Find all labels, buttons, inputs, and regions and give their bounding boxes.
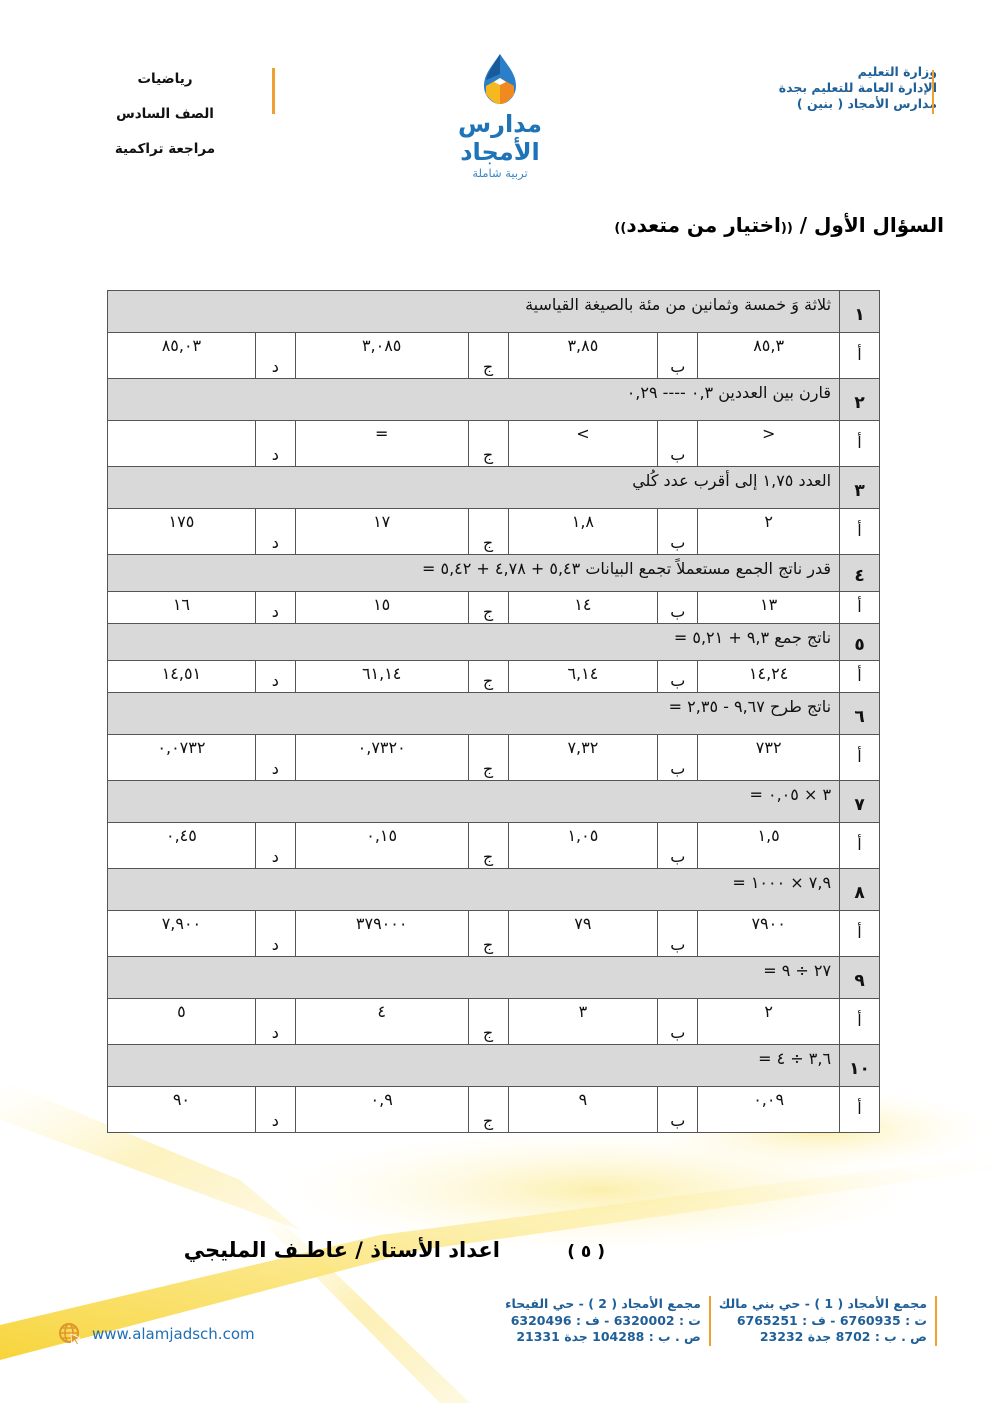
logo-tagline: تربية شاملة — [418, 166, 582, 180]
option-j[interactable]: ٣,٠٨٥ — [295, 333, 468, 379]
option-d[interactable]: ١٧٥ — [108, 509, 256, 555]
option-letter-d: د — [255, 661, 295, 693]
question-text: ٧,٩ × ١٠٠٠ = — [108, 869, 840, 911]
option-d[interactable]: ٨٥,٠٣ — [108, 333, 256, 379]
option-letter-d: د — [255, 333, 295, 379]
option-a[interactable]: ٢ — [698, 999, 840, 1045]
option-letter-a: أ — [840, 735, 880, 781]
branch-address: مجمع الأمجاد ( 1 ) - حي بني مالك — [719, 1296, 927, 1313]
option-b[interactable]: ١,٨ — [508, 509, 658, 555]
option-j[interactable]: ٦١,١٤ — [295, 661, 468, 693]
option-b[interactable]: ٣,٨٥ — [508, 333, 658, 379]
question-text: ٢٧ ÷ ٩ = — [108, 957, 840, 999]
question-row: ٨ ٧,٩ × ١٠٠٠ = — [108, 869, 880, 911]
question-row: ٦ ناتج طرح ٩,٦٧ - ٢,٣٥ = — [108, 693, 880, 735]
option-letter-b: ب — [658, 333, 698, 379]
question-number: ٧ — [840, 781, 880, 823]
question-number: ٥ — [840, 624, 880, 661]
branch-pobox: ص . ب : 8702 جدة 23232 — [719, 1329, 927, 1346]
option-j[interactable]: ٣٧٩٠٠٠ — [295, 911, 468, 957]
option-letter-j: ج — [468, 911, 508, 957]
option-b[interactable]: ٧٩ — [508, 911, 658, 957]
option-b[interactable]: > — [508, 421, 658, 467]
question-text: قدر ناتج الجمع مستعملاً تجمع البيانات ٥,… — [108, 555, 840, 592]
option-letter-d: د — [255, 509, 295, 555]
website[interactable]: www.alamjadsch.com — [58, 1322, 255, 1346]
option-b[interactable]: ١٤ — [508, 592, 658, 624]
option-d[interactable]: ٥ — [108, 999, 256, 1045]
option-letter-b: ب — [658, 735, 698, 781]
option-j[interactable]: ٠,٧٣٢٠ — [295, 735, 468, 781]
logo-name: مدارس الأمجاد — [418, 110, 582, 166]
branch-1-contact: مجمع الأمجاد ( 1 ) - حي بني مالك ت : 676… — [711, 1296, 937, 1346]
school-logo: مدارس الأمجاد تربية شاملة — [418, 52, 582, 162]
option-j[interactable]: ٤ — [295, 999, 468, 1045]
option-b[interactable]: ٧,٣٢ — [508, 735, 658, 781]
option-a[interactable]: ٧٩٠٠ — [698, 911, 840, 957]
branch-phone: ت : 6320002 - ف : 6320496 — [505, 1313, 701, 1330]
option-b[interactable]: ٦,١٤ — [508, 661, 658, 693]
question-text: العدد ١,٧٥ إلى أقرب عدد كُلي — [108, 467, 840, 509]
option-letter-d: د — [255, 421, 295, 467]
logo-drop-icon — [472, 52, 528, 108]
option-letter-a: أ — [840, 1087, 880, 1133]
question-number: ١ — [840, 291, 880, 333]
answer-row: أ ١٣ ب ١٤ ج ١٥ د ١٦ — [108, 592, 880, 624]
option-letter-j: ج — [468, 333, 508, 379]
option-letter-a: أ — [840, 421, 880, 467]
section-title: السؤال الأول / ((اختيار من متعدد)) — [614, 213, 944, 237]
question-row: ٣ العدد ١,٧٥ إلى أقرب عدد كُلي — [108, 467, 880, 509]
question-number: ١٠ — [840, 1045, 880, 1087]
question-text: ناتج جمع ٩,٣ + ٥,٢١ = — [108, 624, 840, 661]
option-letter-a: أ — [840, 999, 880, 1045]
option-letter-j: ج — [468, 509, 508, 555]
question-row: ١٠ ٣,٦ ÷ ٤ = — [108, 1045, 880, 1087]
option-letter-d: د — [255, 592, 295, 624]
branch-pobox: ص . ب : 104288 جدة 21331 — [505, 1329, 701, 1346]
option-a[interactable]: < — [698, 421, 840, 467]
option-a[interactable]: ٠,٠٩ — [698, 1087, 840, 1133]
question-text: ثلاثة وَ خمسة وثمانين من مئة بالصيغة الق… — [108, 291, 840, 333]
option-j[interactable]: = — [295, 421, 468, 467]
option-j[interactable]: ١٥ — [295, 592, 468, 624]
header-divider — [932, 70, 934, 114]
mcq-table: ١ ثلاثة وَ خمسة وثمانين من مئة بالصيغة ا… — [107, 290, 880, 1133]
section-subtitle: اختيار من متعدد — [626, 213, 781, 237]
answer-row: أ ٢ ب ١,٨ ج ١٧ د ١٧٥ — [108, 509, 880, 555]
option-a[interactable]: ١,٥ — [698, 823, 840, 869]
option-letter-d: د — [255, 735, 295, 781]
option-d[interactable]: ١٤,٥١ — [108, 661, 256, 693]
question-text: ٣,٦ ÷ ٤ = — [108, 1045, 840, 1087]
globe-cursor-icon — [58, 1322, 82, 1346]
ministry-line: مدارس الأمجاد ( بنين ) — [707, 96, 937, 112]
option-b[interactable]: ١,٠٥ — [508, 823, 658, 869]
option-a[interactable]: ١٣ — [698, 592, 840, 624]
website-link[interactable]: www.alamjadsch.com — [92, 1325, 255, 1343]
option-letter-a: أ — [840, 661, 880, 693]
option-letter-j: ج — [468, 999, 508, 1045]
option-letter-a: أ — [840, 823, 880, 869]
question-number: ٩ — [840, 957, 880, 999]
option-letter-b: ب — [658, 1087, 698, 1133]
question-number: ٢ — [840, 379, 880, 421]
question-number: ٨ — [840, 869, 880, 911]
question-row: ٤ قدر ناتج الجمع مستعملاً تجمع البيانات … — [108, 555, 880, 592]
option-letter-b: ب — [658, 911, 698, 957]
option-j[interactable]: ٠,٩ — [295, 1087, 468, 1133]
question-text: قارن بين العددين ٠,٣ ---- ٠,٢٩ — [108, 379, 840, 421]
branch-2-contact: مجمع الأمجاد ( 2 ) - حي الفيحاء ت : 6320… — [497, 1296, 711, 1346]
answer-row: أ < ب > ج = د — [108, 421, 880, 467]
question-number: ٤ — [840, 555, 880, 592]
question-text: ناتج طرح ٩,٦٧ - ٢,٣٥ = — [108, 693, 840, 735]
question-row: ٩ ٢٧ ÷ ٩ = — [108, 957, 880, 999]
answer-row: أ ٢ ب ٣ ج ٤ د ٥ — [108, 999, 880, 1045]
option-letter-a: أ — [840, 911, 880, 957]
question-number: ٣ — [840, 467, 880, 509]
question-row: ٥ ناتج جمع ٩,٣ + ٥,٢١ = — [108, 624, 880, 661]
paren-open: (( — [781, 221, 793, 236]
option-d[interactable]: ٠,٠٧٣٢ — [108, 735, 256, 781]
option-d[interactable]: ٧,٩٠٠ — [108, 911, 256, 957]
branch-phone: ت : 6760935 - ف : 6765251 — [719, 1313, 927, 1330]
option-b[interactable]: ٣ — [508, 999, 658, 1045]
option-d[interactable]: ١٦ — [108, 592, 256, 624]
answer-row: أ ٨٥,٣ ب ٣,٨٥ ج ٣,٠٨٥ د ٨٥,٠٣ — [108, 333, 880, 379]
section-title-main: السؤال الأول / — [800, 213, 944, 237]
course-header: رياضيات الصف السادس مراجعة تراكمية — [95, 62, 235, 167]
option-letter-j: ج — [468, 1087, 508, 1133]
option-letter-d: د — [255, 911, 295, 957]
question-row: ٧ ٣ × ٠,٠٥ = — [108, 781, 880, 823]
page-number: ( ٥ ) — [567, 1242, 605, 1262]
option-letter-b: ب — [658, 999, 698, 1045]
branch-contacts: مجمع الأمجاد ( 1 ) - حي بني مالك ت : 676… — [497, 1296, 937, 1346]
option-letter-j: ج — [468, 735, 508, 781]
ministry-line: الإدارة العامة للتعليم بجدة — [707, 80, 937, 96]
option-d[interactable] — [108, 421, 256, 467]
option-letter-j: ج — [468, 661, 508, 693]
ministry-header: وزارة التعليم الإدارة العامة للتعليم بجد… — [707, 64, 937, 112]
option-letter-j: ج — [468, 592, 508, 624]
option-j[interactable]: ١٧ — [295, 509, 468, 555]
option-letter-b: ب — [658, 592, 698, 624]
option-a[interactable]: ٧٣٢ — [698, 735, 840, 781]
worksheet-type-label: مراجعة تراكمية — [95, 132, 235, 167]
option-letter-j: ج — [468, 421, 508, 467]
question-text: ٣ × ٠,٠٥ = — [108, 781, 840, 823]
subject-label: رياضيات — [95, 62, 235, 97]
option-a[interactable]: ١٤,٢٤ — [698, 661, 840, 693]
option-d[interactable]: ٩٠ — [108, 1087, 256, 1133]
grade-label: الصف السادس — [95, 97, 235, 132]
answer-row: أ ١٤,٢٤ ب ٦,١٤ ج ٦١,١٤ د ١٤,٥١ — [108, 661, 880, 693]
option-j[interactable]: ٠,١٥ — [295, 823, 468, 869]
option-letter-b: ب — [658, 823, 698, 869]
option-letter-b: ب — [658, 661, 698, 693]
answer-row: أ ٧٣٢ ب ٧,٣٢ ج ٠,٧٣٢٠ د ٠,٠٧٣٢ — [108, 735, 880, 781]
option-a[interactable]: ٨٥,٣ — [698, 333, 840, 379]
option-letter-a: أ — [840, 333, 880, 379]
option-letter-a: أ — [840, 509, 880, 555]
option-letter-a: أ — [840, 592, 880, 624]
option-letter-d: د — [255, 999, 295, 1045]
option-a[interactable]: ٢ — [698, 509, 840, 555]
answer-row: أ ١,٥ ب ١,٠٥ ج ٠,١٥ د ٠,٤٥ — [108, 823, 880, 869]
option-d[interactable]: ٠,٤٥ — [108, 823, 256, 869]
question-row: ٢ قارن بين العددين ٠,٣ ---- ٠,٢٩ — [108, 379, 880, 421]
option-letter-d: د — [255, 823, 295, 869]
question-row: ١ ثلاثة وَ خمسة وثمانين من مئة بالصيغة ا… — [108, 291, 880, 333]
option-letter-b: ب — [658, 509, 698, 555]
branch-address: مجمع الأمجاد ( 2 ) - حي الفيحاء — [505, 1296, 701, 1313]
option-letter-j: ج — [468, 823, 508, 869]
author-line: ( ٥ ) اعداد الأستاذ / عاطـف المليجي — [135, 1238, 605, 1262]
answer-row: أ ٧٩٠٠ ب ٧٩ ج ٣٧٩٠٠٠ د ٧,٩٠٠ — [108, 911, 880, 957]
author-name: اعداد الأستاذ / عاطـف المليجي — [184, 1238, 500, 1262]
answer-row: أ ٠,٠٩ ب ٩ ج ٠,٩ د ٩٠ — [108, 1087, 880, 1133]
ministry-line: وزارة التعليم — [707, 64, 937, 80]
paren-close: )) — [614, 221, 626, 236]
option-letter-d: د — [255, 1087, 295, 1133]
header-divider — [272, 68, 275, 114]
option-b[interactable]: ٩ — [508, 1087, 658, 1133]
option-letter-b: ب — [658, 421, 698, 467]
question-number: ٦ — [840, 693, 880, 735]
